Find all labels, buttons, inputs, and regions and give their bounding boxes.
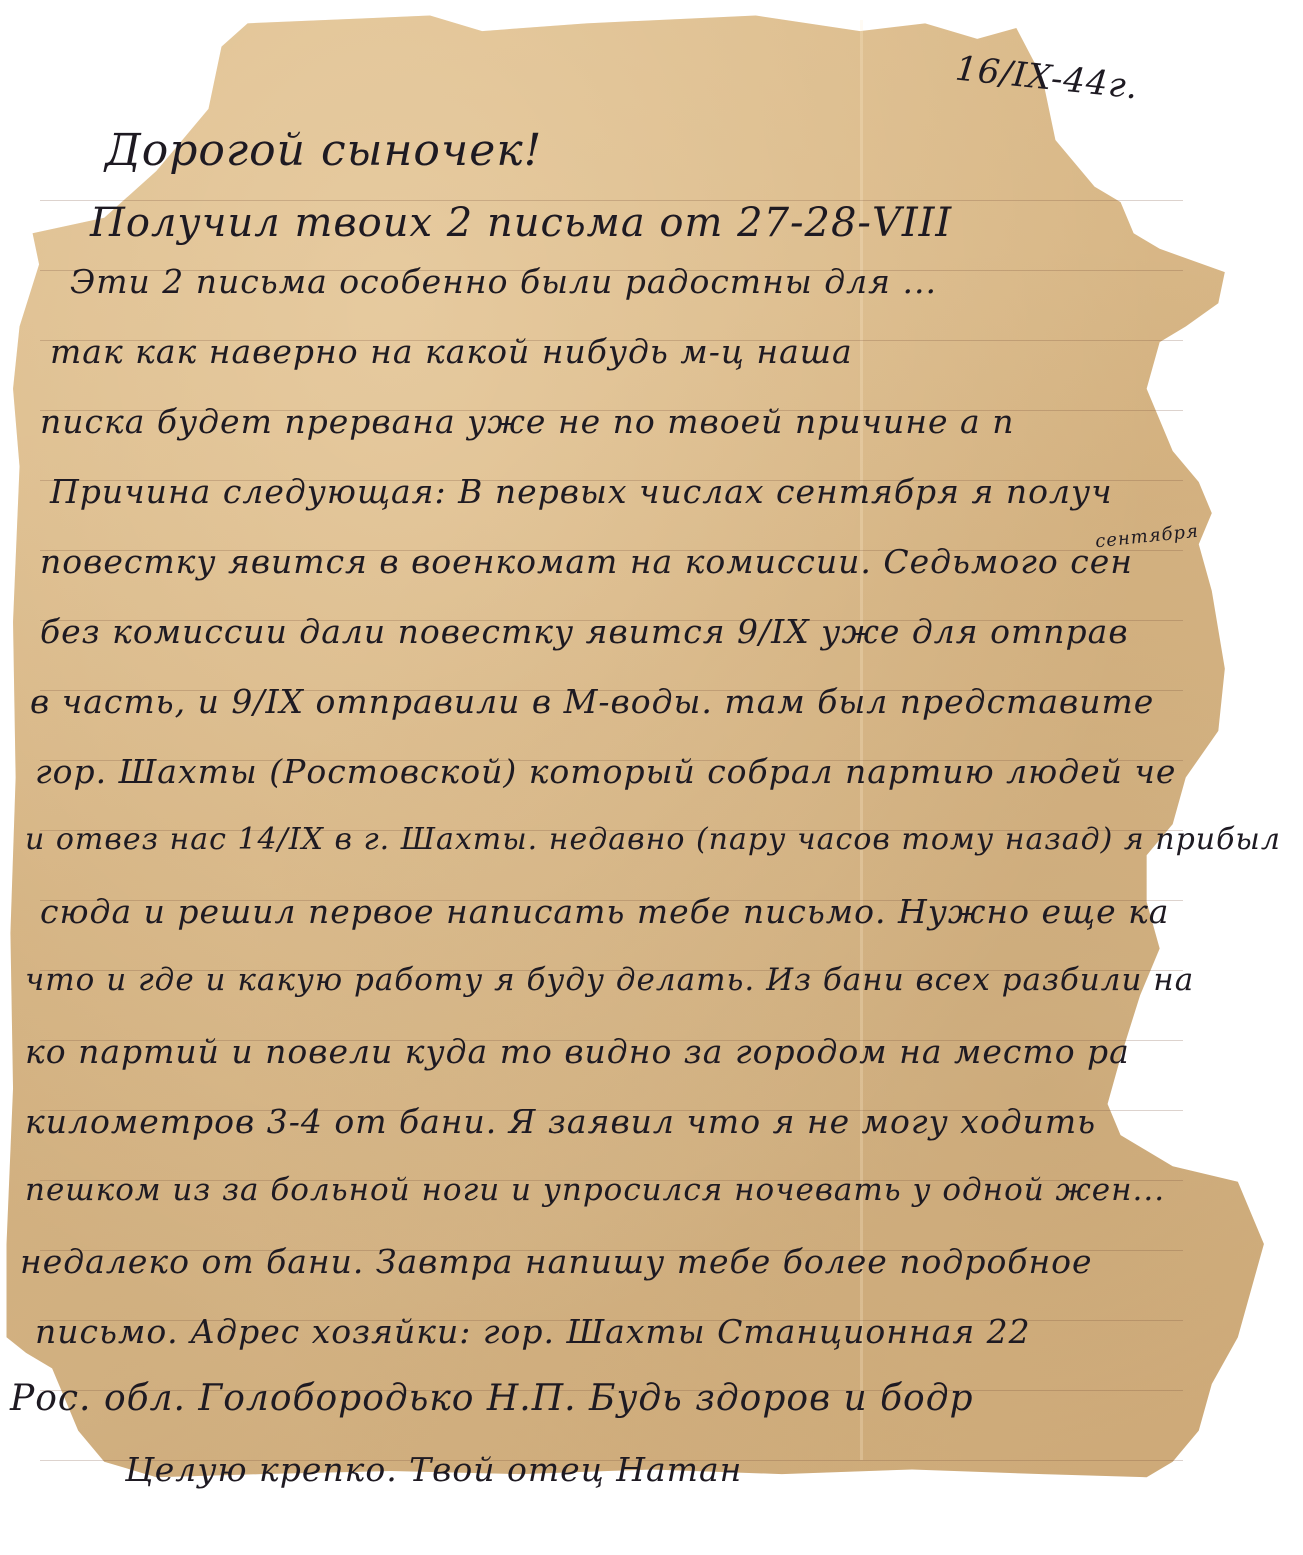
- letter-line: без комиссии дали повестку явится 9/IX у…: [40, 612, 1129, 651]
- letter-line: так как наверно на какой нибудь м-ц наша: [50, 332, 853, 371]
- letter-line: пешком из за больной ноги и упросился но…: [25, 1172, 1165, 1208]
- letter-line: и отвез нас 14/IX в г. Шахты. недавно (п…: [25, 822, 1281, 857]
- letter-line: ко партий и повели куда то видно за горо…: [25, 1032, 1130, 1071]
- letter-greeting: Дорогой сыночек!: [105, 125, 542, 176]
- letter-line: что и где и какую работу я буду делать. …: [25, 962, 1194, 998]
- letter-line: гор. Шахты (Ростовской) который собрал п…: [35, 752, 1176, 791]
- letter-line: Причина следующая: В первых числах сентя…: [50, 472, 1113, 511]
- letter-line: километров 3-4 от бани. Я заявил что я н…: [25, 1102, 1096, 1141]
- letter-line: письмо. Адрес хозяйки: гор. Шахты Станци…: [35, 1312, 1031, 1351]
- letter-line: сюда и решил первое написать тебе письмо…: [40, 892, 1169, 931]
- letter-line: Эти 2 письма особенно были радостны для …: [70, 262, 937, 301]
- letter-line: Рос. обл. Голобородько Н.П. Будь здоров …: [10, 1378, 974, 1419]
- letter-signature-line: Целую крепко. Твой отец Натан: [125, 1450, 742, 1489]
- letter-line: повестку явится в военкомат на комиссии.…: [40, 542, 1133, 581]
- letter-line: в часть, и 9/IX отправили в М-воды. там …: [30, 682, 1154, 721]
- letter-line: писка будет прервана уже не по твоей при…: [40, 402, 1014, 441]
- letter-line: недалеко от бани. Завтра напишу тебе бол…: [20, 1242, 1093, 1281]
- letter-line: Получил твоих 2 письма от 27-28-VIII: [90, 200, 952, 246]
